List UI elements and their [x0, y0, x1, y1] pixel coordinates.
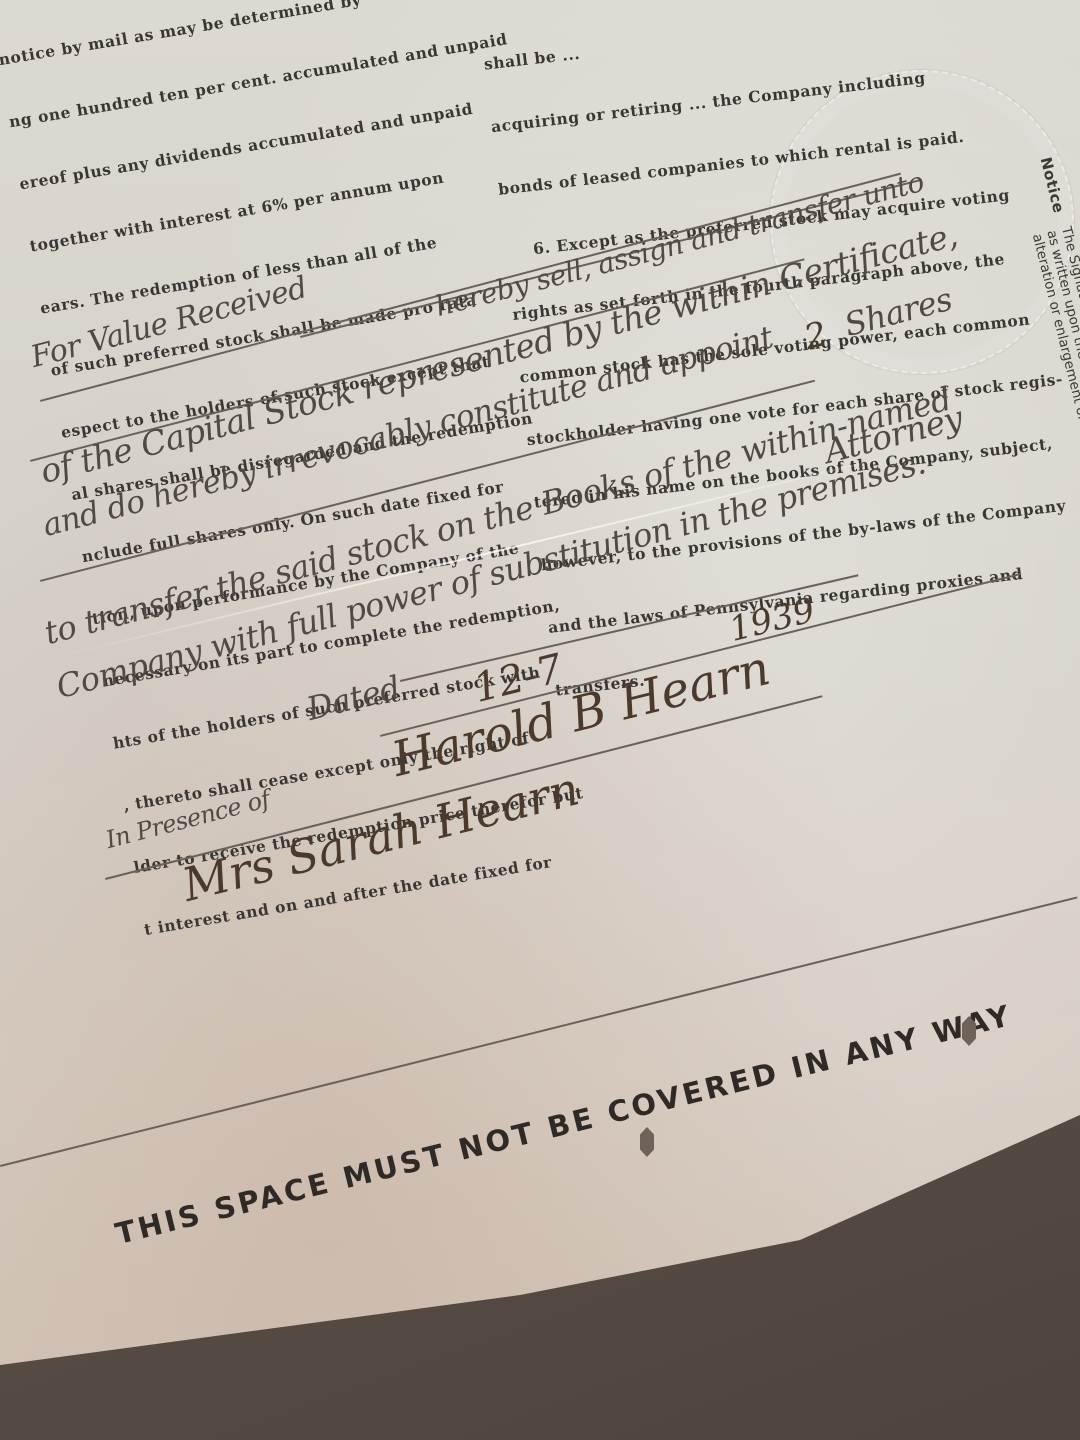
legal-line: acquiring or retiring ... the Company in… — [490, 55, 1028, 137]
legal-line: shall be ... — [483, 0, 1021, 75]
legal-line: bonds of leased companies to which renta… — [497, 118, 1035, 200]
punch-hole-icon — [640, 1127, 654, 1157]
